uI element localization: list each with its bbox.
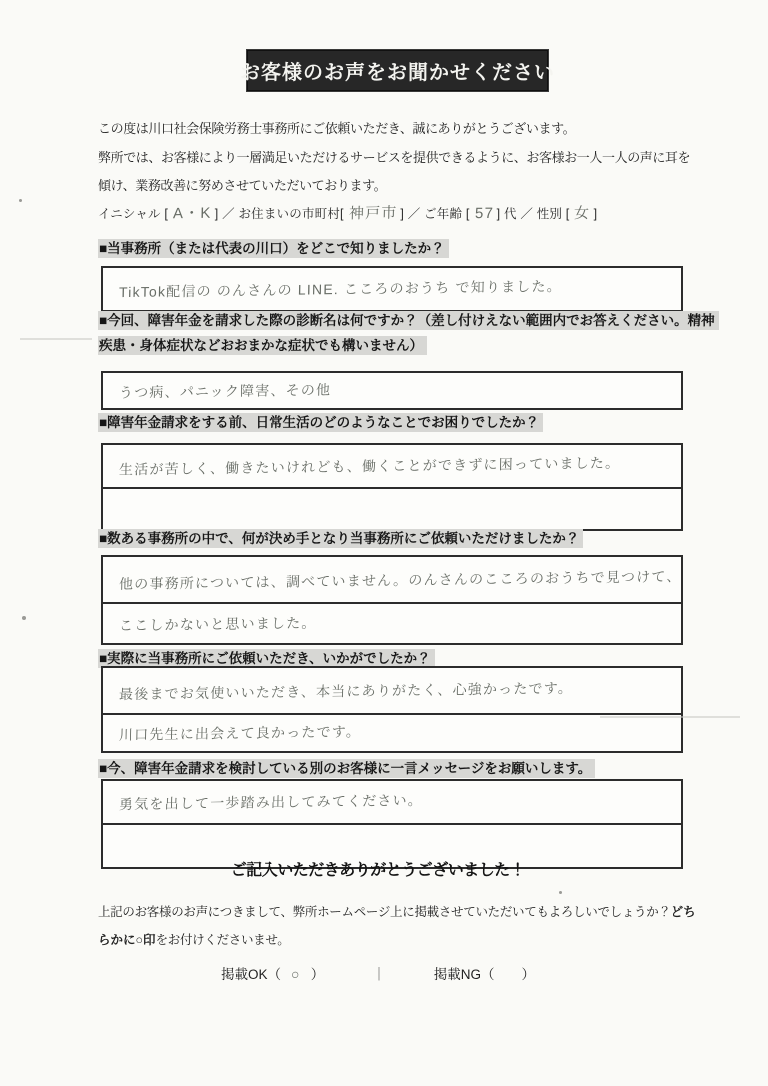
scan-streak <box>20 338 92 340</box>
city-label: ] ／ お住まいの市町村[ <box>215 207 344 221</box>
publication-choice-row: 掲載OK（○） ｜ 掲載NG（ ） <box>0 963 756 983</box>
closing-message: ご記入いただきありがとうございました！ <box>0 857 756 880</box>
publish-ok-option: 掲載OK（○） <box>221 963 324 983</box>
answer-row: ここしかないと思いました。 <box>103 602 681 643</box>
age-value-handwritten: 57 <box>474 205 493 222</box>
intro-line-2: 弊所では、お客様により一層満足いただけるサービスを提供できるように、お客様お一人… <box>98 144 690 173</box>
question-1: ■当事務所（または代表の川口）をどこで知りましたか？ <box>98 236 722 261</box>
intro-line-3: 傾け、業務改善に努めさせていただいております。 <box>98 172 690 201</box>
gender-value-handwritten: 女 <box>574 202 591 223</box>
consent-line-1-text: 上記のお客様のお声につきまして、弊所ホームページ上に掲載させていただいてもよろし… <box>98 905 671 919</box>
intro-line-1: この度は川口社会保険労務士事務所にご依頼いただき、誠にありがとうございます。 <box>98 115 690 144</box>
answer-box-6: 勇気を出して一歩踏み出してみてください。 <box>101 779 683 869</box>
consent-note: 上記のお客様のお声につきまして、弊所ホームページ上に掲載させていただいてもよろし… <box>98 898 696 954</box>
answer-row: 他の事務所については、調べていません。のんさんのこころのおうちで見つけて、 <box>103 557 681 602</box>
answer-row: うつ病、パニック障害、その他 <box>103 373 681 408</box>
scan-speck <box>19 199 22 202</box>
answer-4-handwritten-line-1: 他の事務所については、調べていません。のんさんのこころのおうちで見つけて、 <box>119 566 682 594</box>
consent-line-1-bold: どち <box>671 905 696 919</box>
answer-box-2: うつ病、パニック障害、その他 <box>101 371 683 410</box>
answer-box-5: 最後までお気使いいただき、本当にありがたく、心強かったです。 川口先生に出会えて… <box>101 666 683 753</box>
answer-box-3: 生活が苦しく、働きたいけれども、働くことができずに困っていました。 <box>101 443 683 531</box>
answer-5-handwritten-line-1: 最後までお気使いいただき、本当にありがたく、心強かったです。 <box>119 677 573 703</box>
profile-bracket-close: ] <box>594 207 598 221</box>
respondent-profile-line: イニシャル [A・K] ／ お住まいの市町村[神戸市] ／ ご年齢 [57] 代… <box>98 202 599 223</box>
answer-row: TikTok配信の のんさんの LINE. こころのおうち で知りました。 <box>103 268 681 310</box>
publish-ok-label: 掲載OK（ <box>221 967 281 982</box>
scan-speck <box>559 891 562 894</box>
answer-box-4: 他の事務所については、調べていません。のんさんのこころのおうちで見つけて、 ここ… <box>101 555 683 645</box>
publish-ok-paren-close: ） <box>311 967 325 982</box>
consent-line-2-text: をお付けくださいませ。 <box>156 933 290 947</box>
answer-row: 川口先生に出会えて良かったです。 <box>103 713 681 751</box>
handwritten-circle-mark: ○ <box>291 966 301 982</box>
initial-value-handwritten: A・K <box>173 202 212 224</box>
question-2-text: ■今回、障害年金を請求した際の診断名は何ですか？（差し付けえない範囲内でお答えく… <box>98 311 719 355</box>
scan-speck <box>22 616 26 620</box>
answer-6-handwritten: 勇気を出して一歩踏み出してみてください。 <box>119 790 423 814</box>
answer-row: 勇気を出して一歩踏み出してみてください。 <box>103 781 681 823</box>
intro-paragraph: この度は川口社会保険労務士事務所にご依頼いただき、誠にありがとうございます。 弊… <box>98 115 690 201</box>
answer-box-1: TikTok配信の のんさんの LINE. こころのおうち で知りました。 <box>101 266 683 312</box>
answer-row-empty <box>103 487 681 529</box>
initial-label: イニシャル [ <box>98 207 168 221</box>
consent-line-2-bold: らかに○印 <box>98 933 156 947</box>
question-1-text: ■当事務所（または代表の川口）をどこで知りましたか？ <box>98 239 449 258</box>
question-2: ■今回、障害年金を請求した際の診断名は何ですか？（差し付けえない範囲内でお答えく… <box>98 308 722 358</box>
page-title: お客様のお声をお聞かせください <box>240 56 555 85</box>
publish-ng-option: 掲載NG（ ） <box>434 963 535 983</box>
scan-streak <box>600 716 740 718</box>
question-6-text: ■今、障害年金請求を検討している別のお客様に一言メッセージをお願いします。 <box>98 759 595 778</box>
answer-row: 生活が苦しく、働きたいけれども、働くことができずに困っていました。 <box>103 445 681 487</box>
gender-label: ] 代 ／ 性別 [ <box>497 207 570 221</box>
page-title-banner: お客様のお声をお聞かせください <box>247 50 548 91</box>
question-3-text: ■障害年金請求をする前、日常生活のどのようなことでお困りでしたか？ <box>98 413 543 432</box>
city-value-handwritten: 神戸市 <box>349 202 398 224</box>
question-4-text: ■数ある事務所の中で、何が決め手となり当事務所にご依頼いただけましたか？ <box>98 529 583 548</box>
question-3: ■障害年金請求をする前、日常生活のどのようなことでお困りでしたか？ <box>98 410 722 435</box>
age-label: ] ／ ご年齢 [ <box>400 207 469 221</box>
question-4: ■数ある事務所の中で、何が決め手となり当事務所にご依頼いただけましたか？ <box>98 526 722 551</box>
consent-line-2: らかに○印をお付けくださいませ。 <box>98 926 696 954</box>
consent-line-1: 上記のお客様のお声につきまして、弊所ホームページ上に掲載させていただいてもよろし… <box>98 898 696 926</box>
question-6: ■今、障害年金請求を検討している別のお客様に一言メッセージをお願いします。 <box>98 756 722 781</box>
answer-row: 最後までお気使いいただき、本当にありがたく、心強かったです。 <box>103 668 681 713</box>
scanned-survey-page: { "header": { "title": "お客様のお声をお聞かせください"… <box>0 0 768 1086</box>
answer-1-handwritten: TikTok配信の のんさんの LINE. こころのおうち で知りました。 <box>119 276 562 302</box>
answer-2-handwritten: うつ病、パニック障害、その他 <box>119 379 332 402</box>
publish-divider: ｜ <box>372 963 386 983</box>
answer-4-handwritten-line-2: ここしかないと思いました。 <box>119 612 317 635</box>
answer-5-handwritten-line-2: 川口先生に出会えて良かったです。 <box>119 721 361 744</box>
answer-3-handwritten: 生活が苦しく、働きたいけれども、働くことができずに困っていました。 <box>119 452 621 479</box>
